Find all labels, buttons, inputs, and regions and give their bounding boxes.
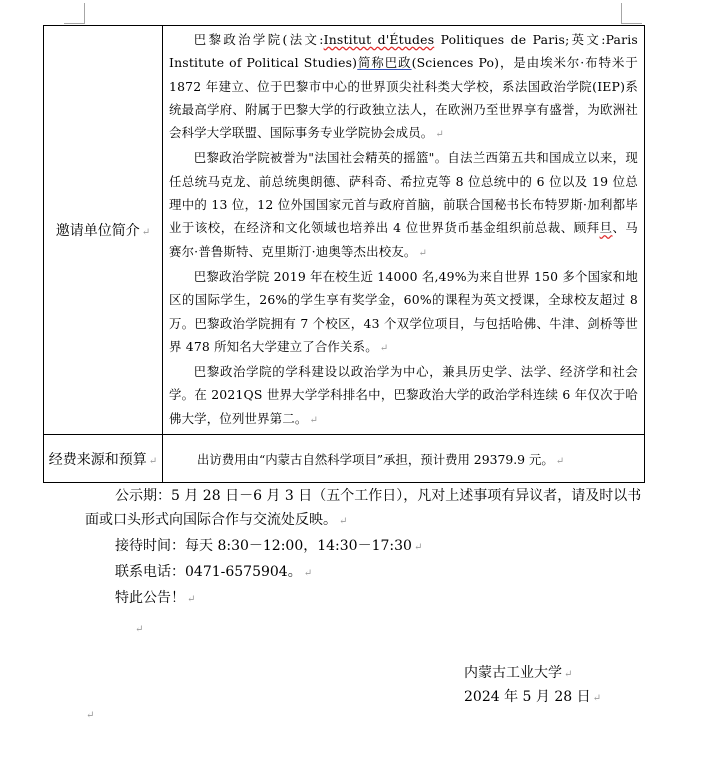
signature-block: 内蒙古工业大学↵ 2024 年 5 月 28 日↵ — [464, 662, 601, 710]
table-row-budget: 经费来源和预算↵ 出访费用由“内蒙古自然科学项目”承担，预计费用 29379.9… — [44, 435, 645, 483]
paragraph-mark-icon: ↵ — [419, 248, 428, 259]
text-segment: 巴黎政治学院(法文: — [194, 32, 324, 47]
organization-text: 内蒙古工业大学 — [464, 665, 562, 681]
text-segment: 巴黎政治学院被誉为"法国社会精英的摇篮"。自法兰西第五共和国成立以来，现任总统马… — [169, 150, 638, 235]
page-corner-mark-top-left — [64, 3, 85, 24]
paragraph-mark-icon: ↵ — [593, 693, 601, 704]
notice-reception: 接待时间：每天 8:30－12:00，14:30－17:30↵ — [85, 534, 645, 560]
signature-date: 2024 年 5 月 28 日↵ — [464, 686, 601, 710]
row-label-cell: 经费来源和预算↵ — [44, 435, 163, 483]
paragraph-mark-icon: ↵ — [435, 129, 444, 140]
text-segment: 巴黎政治学院 2019 年在校生近 14000 名,49%为来自世界 150 多… — [169, 269, 638, 354]
intro-paragraph-4: 巴黎政治学院的学科建设以政治学为中心，兼具历史学、法学、经济学和社会学。在 20… — [169, 360, 638, 432]
notice-period-text: 公示期：5 月 28 日－6 月 3 日（五个工作日），凡对上述事项有异议者，请… — [85, 488, 641, 528]
budget-content-cell[interactable]: 出访费用由“内蒙古自然科学项目”承担，预计费用 29379.9 元。↵ — [163, 435, 645, 483]
paragraph-mark-icon: ↵ — [556, 456, 564, 467]
paragraph-mark-icon: ↵ — [304, 568, 312, 579]
row-label: 经费来源和预算 — [49, 452, 147, 468]
notice-phone-text: 联系电话：0471-6575904。 — [115, 564, 302, 580]
paragraph-mark-icon: ↵ — [339, 516, 347, 527]
grammar-flag-segment: 简称巴政 — [357, 55, 411, 70]
intro-content-cell[interactable]: 巴黎政治学院(法文:Institut d'Études Politiques d… — [163, 26, 645, 435]
notice-phone: 联系电话：0471-6575904。↵ — [85, 560, 645, 586]
spelling-error-segment: Institut d'Études — [324, 32, 435, 47]
notice-closing-text: 特此公告！ — [115, 590, 185, 606]
paragraph-mark-icon: ↵ — [135, 624, 143, 635]
paragraph-mark-icon: ↵ — [187, 594, 195, 605]
notice-closing: 特此公告！↵ — [85, 586, 645, 612]
row-label: 邀请单位简介 — [56, 223, 140, 239]
intro-paragraph-1: 巴黎政治学院(法文:Institut d'Études Politiques d… — [169, 28, 638, 146]
paragraph-mark-icon: ↵ — [564, 669, 572, 680]
paragraph-mark-icon: ↵ — [414, 542, 422, 553]
paragraph-mark-icon: ↵ — [86, 710, 94, 721]
budget-text: 出访费用由“内蒙古自然科学项目”承担，预计费用 29379.9 元。 — [197, 452, 554, 467]
page-corner-mark-top-right — [621, 3, 642, 24]
intro-paragraph-2: 巴黎政治学院被誉为"法国社会精英的摇篮"。自法兰西第五共和国成立以来，现任总统马… — [169, 146, 638, 264]
notice-period: 公示期：5 月 28 日－6 月 3 日（五个工作日），凡对上述事项有异议者，请… — [85, 484, 645, 534]
info-table: 邀请单位简介↵ 巴黎政治学院(法文:Institut d'Études Poli… — [43, 25, 645, 483]
paragraph-mark-icon: ↵ — [310, 415, 319, 426]
text-segment: 巴黎政治学院的学科建设以政治学为中心，兼具历史学、法学、经济学和社会学。在 20… — [169, 364, 638, 426]
intro-paragraph-3: 巴黎政治学院 2019 年在校生近 14000 名,49%为来自世界 150 多… — [169, 265, 638, 360]
date-text: 2024 年 5 月 28 日 — [464, 689, 591, 705]
spelling-error-segment: 旦 — [600, 220, 613, 235]
notice-reception-text: 接待时间：每天 8:30－12:00，14:30－17:30 — [115, 538, 412, 554]
paragraph-mark-icon: ↵ — [380, 343, 389, 354]
paragraph-mark-icon: ↵ — [149, 456, 157, 467]
signature-organization: 内蒙古工业大学↵ — [464, 662, 601, 686]
notice-section: 公示期：5 月 28 日－6 月 3 日（五个工作日），凡对上述事项有异议者，请… — [85, 484, 645, 612]
table-row-intro: 邀请单位简介↵ 巴黎政治学院(法文:Institut d'Études Poli… — [44, 26, 645, 435]
row-label-cell: 邀请单位简介↵ — [44, 26, 163, 435]
paragraph-mark-icon: ↵ — [142, 227, 150, 238]
